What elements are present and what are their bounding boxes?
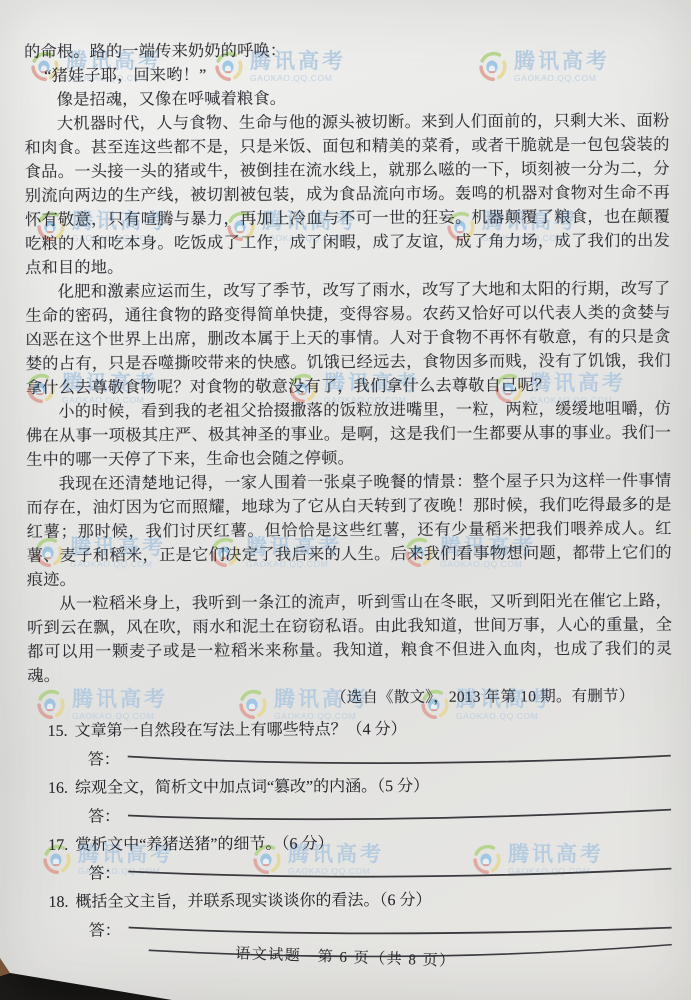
answer-label: 答： bbox=[88, 808, 120, 827]
answer-row-16: 答： bbox=[28, 797, 673, 827]
photo-background-shadow bbox=[0, 973, 172, 1000]
question-number: 18. bbox=[48, 891, 68, 914]
passage-paragraph: 化肥和激素应运而生，改写了季节，改写了雨水，改写了大地和太阳的行期，改写了生命的… bbox=[25, 277, 671, 400]
question-number: 17. bbox=[48, 834, 68, 857]
passage-source: （选自《散文》，2013 年第 10 期。有删节） bbox=[27, 685, 672, 712]
question-16: 16. 综观全文，简析文中加点词“篡改”的内涵。（5 分） bbox=[28, 774, 673, 800]
question-text: 概括全文主旨，并联系现实谈谈你的看法。（6 分） bbox=[75, 888, 673, 914]
answer-row-17: 答： bbox=[28, 854, 673, 884]
passage-line-continuation: 的命根。路的一端传来奶奶的呼唤： bbox=[24, 37, 669, 64]
page-content: 的命根。路的一端传来奶奶的呼唤： “猪娃子耶，回来哟！” 像是招魂，又像在呼喊着… bbox=[24, 37, 674, 963]
passage-paragraph: 我现在还清楚地记得，一家人围着一张桌子晚餐的情景：整个屋子只为这样一件事情而存在… bbox=[26, 469, 672, 592]
passage-line: 像是招魂，又像在呼喊着粮食。 bbox=[24, 85, 669, 112]
question-17: 17. 赏析文中“养猪送猪”的细节。（6 分） bbox=[28, 831, 673, 857]
answer-blank-line bbox=[126, 804, 673, 827]
question-text: 综观全文，简析文中加点词“篡改”的内涵。（5 分） bbox=[75, 774, 673, 800]
answer-label: 答： bbox=[88, 865, 120, 884]
question-number: 15. bbox=[48, 720, 68, 743]
answer-label: 答： bbox=[88, 751, 120, 770]
question-15: 15. 文章第一自然段在写法上有哪些特点？（4 分） bbox=[28, 717, 673, 743]
answer-blank-line bbox=[127, 918, 674, 941]
answer-row-18: 答： bbox=[29, 911, 674, 941]
question-number: 16. bbox=[48, 777, 68, 800]
answer-blank-line bbox=[126, 861, 673, 884]
passage-paragraph: 从一粒稻米身上，我听到一条江的流声，听到雪山在冬眠，又听到阳光在催它上路，听到云… bbox=[27, 589, 672, 688]
scanned-exam-page: 腾讯高考GAOKAO.QQ.COM 腾讯高考GAOKAO.QQ.COM 腾讯高考… bbox=[0, 0, 691, 1000]
answer-row-15: 答： bbox=[28, 740, 673, 770]
answer-blank-line bbox=[126, 747, 673, 770]
question-18: 18. 概括全文主旨，并联系现实谈谈你的看法。（6 分） bbox=[28, 888, 673, 914]
reading-passage: 的命根。路的一端传来奶奶的呼唤： “猪娃子耶，回来哟！” 像是招魂，又像在呼喊着… bbox=[24, 37, 673, 712]
passage-paragraph: 大机器时代，人与食物、生命与他的源头被切断。来到人们面前的，只剩大米、面粉和肉食… bbox=[24, 109, 670, 280]
question-text: 赏析文中“养猪送猪”的细节。（6 分） bbox=[75, 831, 673, 857]
passage-paragraph: 小的时候，看到我的老祖父拾掇撒落的饭粒放进嘴里，一粒，两粒，缓缓地咀嚼，仿佛在从… bbox=[26, 397, 671, 472]
question-text: 文章第一自然段在写法上有哪些特点？（4 分） bbox=[75, 717, 673, 743]
questions-section: 15. 文章第一自然段在写法上有哪些特点？（4 分） 答： 16. 综观全文，简… bbox=[28, 717, 674, 963]
passage-quote-line: “猪娃子耶，回来哟！” bbox=[24, 61, 669, 88]
